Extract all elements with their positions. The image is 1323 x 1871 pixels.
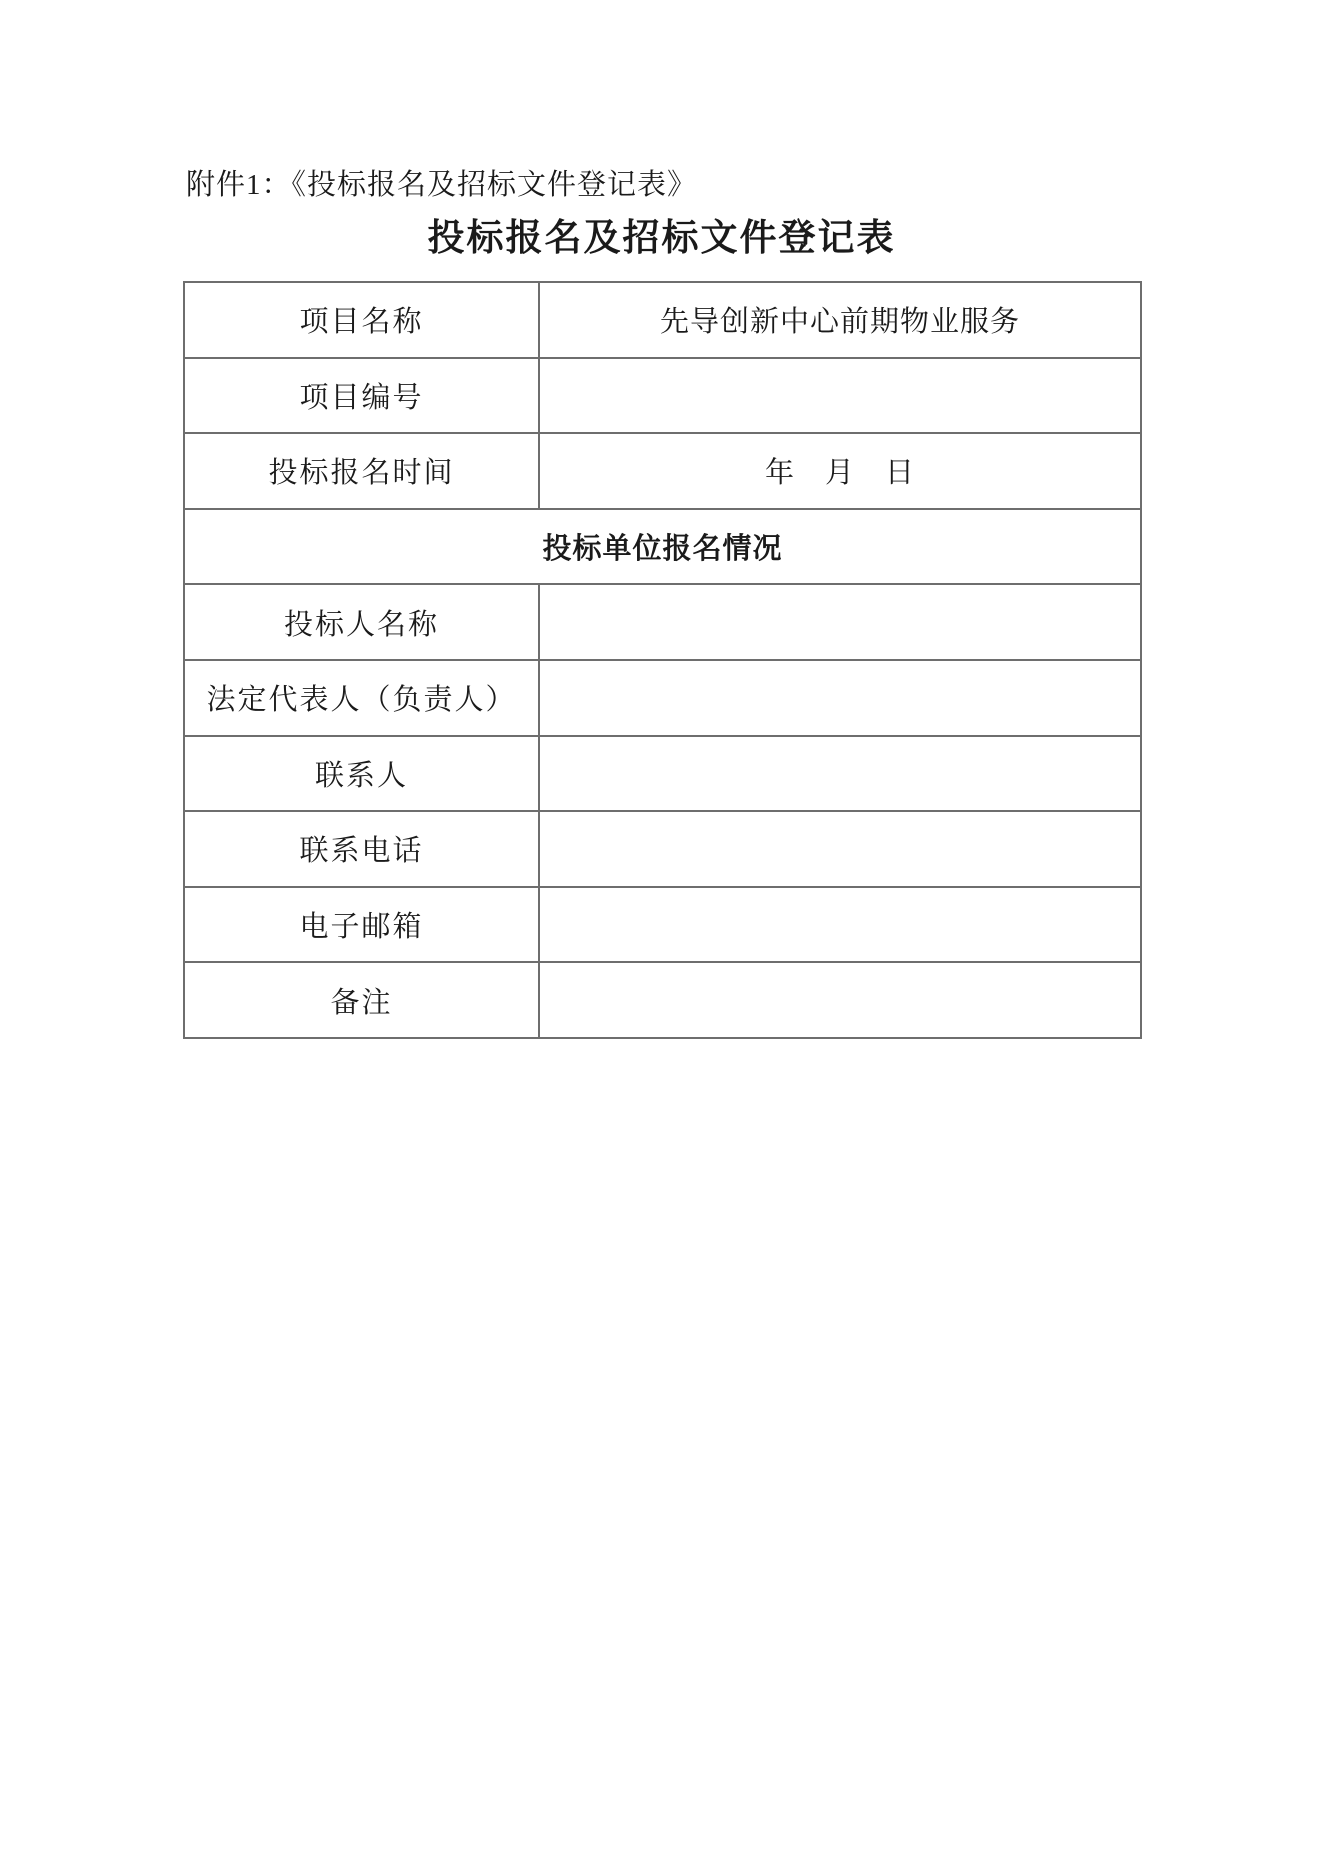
table-row-registration-time: 投标报名时间 年 月 日 [184, 433, 1141, 509]
row-label: 项目编号 [184, 358, 539, 434]
table-row-legal-representative: 法定代表人（负责人） [184, 660, 1141, 736]
row-label: 联系人 [184, 736, 539, 812]
registration-table: 项目名称 先导创新中心前期物业服务 项目编号 投标报名时间 年 月 日 投标单位… [183, 281, 1142, 1039]
table-row-project-number: 项目编号 [184, 358, 1141, 434]
row-label: 法定代表人（负责人） [184, 660, 539, 736]
table-row-remarks: 备注 [184, 962, 1141, 1038]
row-value: 先导创新中心前期物业服务 [539, 282, 1141, 358]
table-row-contact-phone: 联系电话 [184, 811, 1141, 887]
attachment-caption: 附件1：《投标报名及招标文件登记表》 [186, 168, 697, 203]
row-value: 年 月 日 [539, 433, 1141, 509]
row-label: 项目名称 [184, 282, 539, 358]
row-value [539, 811, 1141, 887]
row-label: 投标报名时间 [184, 433, 539, 509]
table-row-bidder-name: 投标人名称 [184, 584, 1141, 660]
row-value [539, 962, 1141, 1038]
row-value [539, 584, 1141, 660]
row-value [539, 358, 1141, 434]
table-row-section-header: 投标单位报名情况 [184, 509, 1141, 585]
row-value [539, 736, 1141, 812]
row-value [539, 660, 1141, 736]
document-title: 投标报名及招标文件登记表 [183, 216, 1140, 260]
row-label: 联系电话 [184, 811, 539, 887]
row-value [539, 887, 1141, 963]
row-label: 投标人名称 [184, 584, 539, 660]
table-row-project-name: 项目名称 先导创新中心前期物业服务 [184, 282, 1141, 358]
document-page: 附件1：《投标报名及招标文件登记表》 投标报名及招标文件登记表 项目名称 先导创… [0, 0, 1323, 1871]
section-header: 投标单位报名情况 [184, 509, 1141, 585]
table-row-email: 电子邮箱 [184, 887, 1141, 963]
row-label: 备注 [184, 962, 539, 1038]
table-row-contact-person: 联系人 [184, 736, 1141, 812]
row-label: 电子邮箱 [184, 887, 539, 963]
